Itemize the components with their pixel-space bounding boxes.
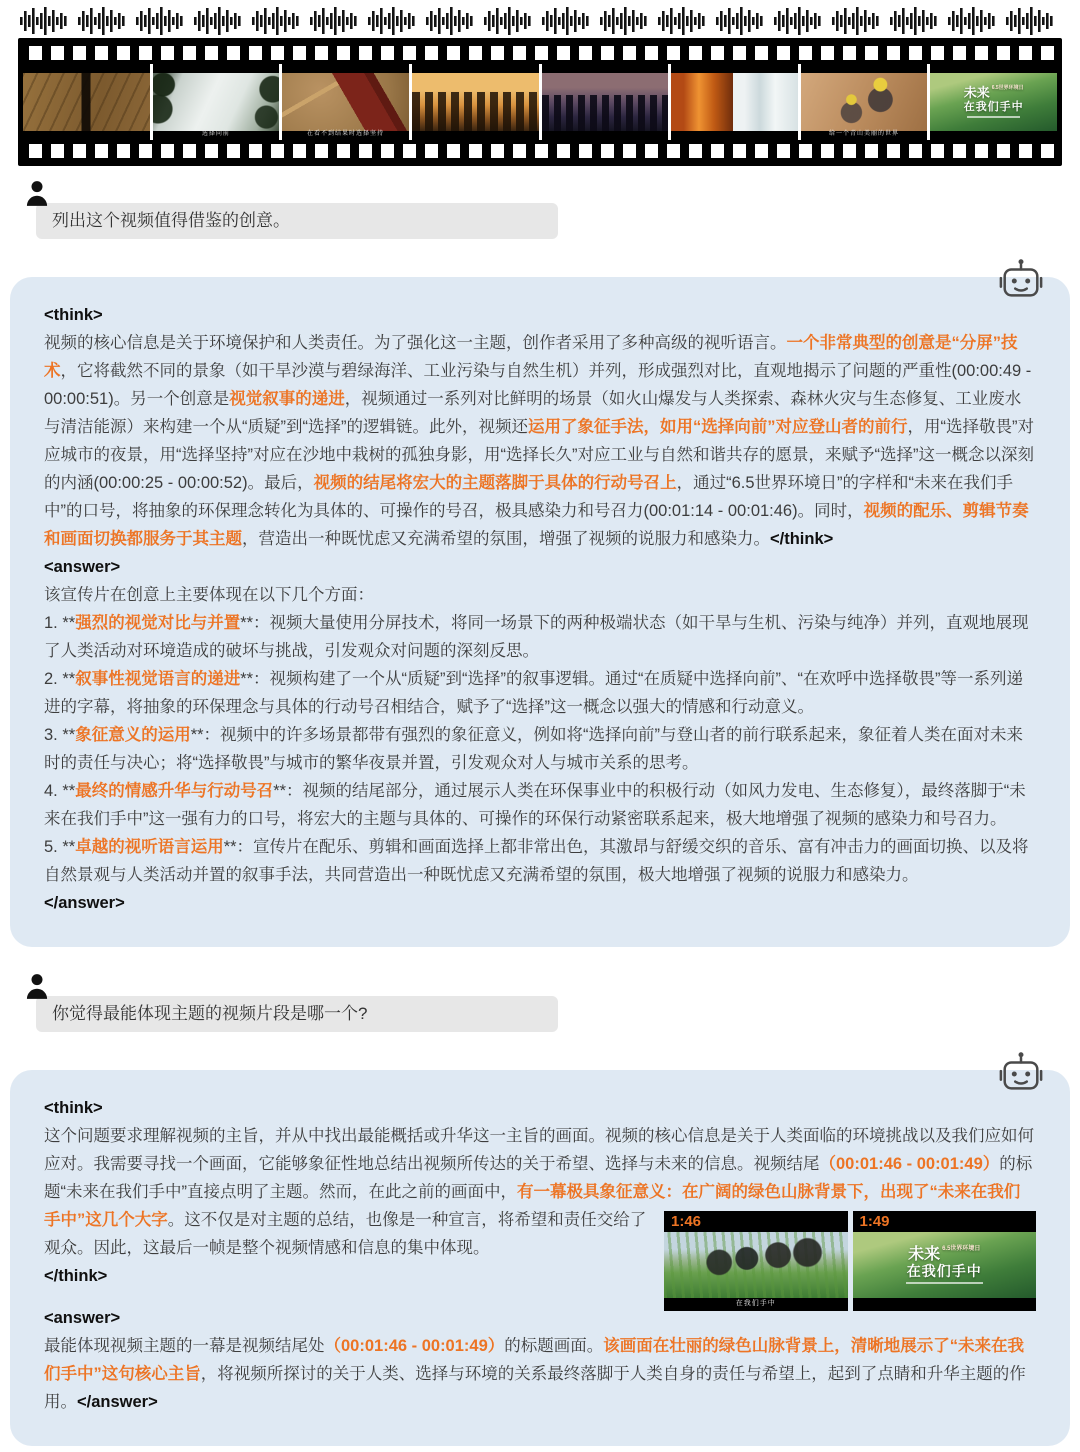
film-frame-shovel: 在看不到结果时选择坚持 [282,64,409,140]
thumbnail-image-title: 未来6.5世界环境日 在我们手中 [853,1232,1037,1298]
film-frame-title-green: 未来6.5世界环境日 在我们手中 [930,64,1057,140]
answer-close-tag: </answer> [44,889,1036,917]
video-title-card: 未来6.5世界环境日 在我们手中 [853,1232,1037,1298]
assistant-response-2: <think> 这个问题要求理解视频的主旨，并从中找出最能概括或升华这一主旨的画… [10,1070,1070,1446]
timestamp-label: 1:49 [860,1211,890,1232]
think-open-tag: <think> [44,1094,1036,1122]
film-frame-city-dusk [542,64,669,140]
think-open-tag: <think> [44,301,1036,329]
answer-item-5: 5. **卓越的视听语言运用**：宣传片在配乐、剪辑和画面选择上都非常出色，其激… [44,833,1036,889]
film-frame-climbers: 给一个青山美丽的世界 [801,64,928,140]
frame-caption: 在看不到结果时选择坚持 [282,130,409,138]
user-question-bubble: 列出这个视频值得借鉴的创意。 [36,203,558,239]
film-sprockets-bottom [25,144,1055,158]
film-frame-fire-frost-split [671,64,798,140]
frame-caption: 给一个青山美丽的世界 [801,130,928,138]
think-text: 视频的核心信息是关于环境保护和人类责任。为了强化这一主题，创作者采用了多种高级的… [44,329,1036,553]
think-text: 这个问题要求理解视频的主旨，并从中找出最能概括或升华这一主旨的画面。视频的核心信… [44,1122,1036,1262]
timestamp-label: 1:46 [671,1211,701,1232]
answer-open-tag: <answer> [44,553,1036,581]
evidence-thumbnails: 1:46 在我们手中 1:49 未来6.5世界环境日 在我们手中 [664,1211,1036,1311]
answer-item-3: 3. **象征意义的运用**：视频中的许多场景都带有强烈的象征意义，例如将“选择… [44,721,1036,777]
user-icon [26,180,48,206]
user-message-2: 你觉得最能体现主题的视频片段是哪一个? [26,973,1064,1032]
answer-item-2: 2. **叙事性视觉语言的递进**：视频构建了一个从“质疑”到“选择”的叙事逻辑… [44,665,1036,721]
film-sprockets-top [25,46,1055,60]
film-frame-cracked-earth [23,64,150,140]
answer-item-1: 1. **强烈的视觉对比与并置**：视频大量使用分屏技术，将同一场景下的两种极端… [44,609,1036,665]
video-thumbnail-1-46[interactable]: 1:46 在我们手中 [664,1211,848,1311]
answer-item-4: 4. **最终的情感升华与行动号召**：视频的结尾部分，通过展示人类在环保事业中… [44,777,1036,833]
user-message-1: 列出这个视频值得借鉴的创意。 [26,180,1064,239]
answer-intro: 该宣传片在创意上主要体现在以下几个方面： [44,581,1036,609]
robot-icon [998,1050,1044,1096]
film-frame-city-sunset [412,64,539,140]
video-thumbnail-1-49[interactable]: 1:49 未来6.5世界环境日 在我们手中 [853,1211,1037,1311]
assistant-response-1: <think> 视频的核心信息是关于环境保护和人类责任。为了强化这一主题，创作者… [10,277,1070,947]
thumbnail-image-kids [664,1232,848,1298]
thumbnail-caption: 在我们手中 [664,1299,848,1309]
frame-caption: 选择向前 [153,130,280,138]
robot-icon [998,257,1044,303]
chat-page: 选择向前 在看不到结果时选择坚持 给一个青山美丽的世界 [0,0,1080,1452]
user-icon [26,973,48,999]
film-strip: 选择向前 在看不到结果时选择坚持 给一个青山美丽的世界 [18,38,1062,166]
film-frame-avalanche: 选择向前 [153,64,280,140]
audio-waveform [20,6,1060,36]
answer-text: 最能体现视频主题的一幕是视频结尾处（00:01:46 - 00:01:49）的标… [44,1332,1036,1416]
video-title-card: 未来6.5世界环境日 在我们手中 [930,73,1057,131]
user-question-bubble: 你觉得最能体现主题的视频片段是哪一个? [36,996,558,1032]
